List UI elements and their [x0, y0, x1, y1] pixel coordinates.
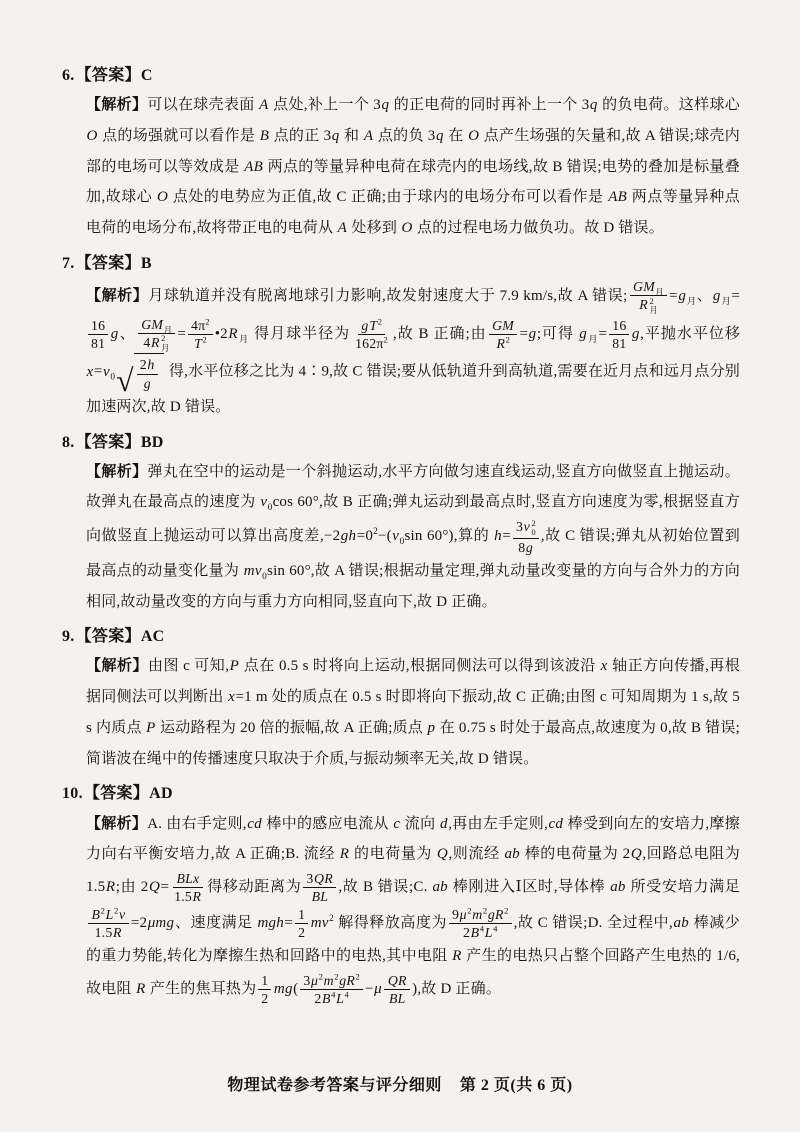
text-run: 处移到	[347, 220, 401, 236]
math-variable: Q	[630, 846, 642, 862]
math-variable: B	[259, 128, 269, 144]
subscript: 月	[721, 297, 731, 307]
questions-list: 6.【答案】C 【解析】可以在球壳表面 A 点处,补上一个 3q 的正电荷的同时…	[62, 62, 740, 1007]
math-variable: q	[381, 97, 390, 113]
analysis-label: 【解析】	[86, 288, 148, 304]
math-variable: q	[589, 97, 598, 113]
fraction: B2L2v1.5R	[88, 906, 129, 941]
fraction-numerator: 3QR	[303, 870, 336, 888]
math-variable: QR	[387, 973, 407, 988]
answer-value: AC	[141, 628, 165, 645]
math-variable: v	[118, 907, 125, 922]
math-variable: R	[136, 981, 146, 997]
superscript: 2	[203, 334, 207, 344]
text-run: 81	[612, 336, 626, 351]
math-variable: gR	[339, 973, 356, 988]
superscript: 2	[355, 971, 359, 981]
radicand: 2hg	[134, 353, 164, 391]
stacked-supsub: 20	[531, 519, 535, 538]
math-variable: O	[468, 128, 480, 144]
text-run: 2	[298, 925, 305, 940]
math-variable: R	[228, 326, 238, 342]
superscript: 2	[649, 297, 653, 307]
math-variable: Q	[436, 846, 448, 862]
fraction-numerator: GM	[489, 317, 518, 335]
analysis-label: 【解析】	[86, 97, 147, 113]
question-block: 10.【答案】AD 【解析】A. 由右手定则,cd 棒中的感应电流从 c 流向 …	[62, 780, 740, 1007]
text-run: 得移动距离为	[207, 879, 302, 895]
question-number: 6.	[62, 67, 75, 84]
fraction-numerator: BLx	[173, 870, 203, 888]
text-run: 棒刚进入Ⅰ区时,导体棒	[448, 879, 609, 895]
math-variable: L	[105, 907, 114, 922]
text-run: 运动路程为 20 倍的振幅,故 A 正确;质点	[156, 720, 427, 736]
text-run: =	[502, 528, 511, 544]
text-run: ,故 C 错误;D. 全过程中,	[514, 915, 673, 931]
fraction-denominator: BL	[308, 888, 332, 905]
square-root: √2hg	[116, 353, 164, 391]
math-variable: QR	[314, 871, 334, 886]
math-variable: μ	[459, 907, 467, 922]
fraction-denominator: 81	[609, 335, 629, 352]
math-variable: m	[323, 973, 334, 988]
text-run: 的正电荷的同时再补上一个 3	[390, 97, 590, 113]
fraction: 4π2T2	[188, 317, 213, 352]
fraction: 3QRBL	[303, 870, 336, 905]
text-run: ;可得	[537, 326, 579, 342]
text-run: 月球轨道并没有脱离地球引力影响,故发射速度大于 7.9 km/s,故 A 错误;	[148, 288, 627, 304]
text-run: =	[519, 326, 528, 342]
text-run: =	[177, 326, 186, 342]
math-variable: B	[91, 907, 101, 922]
analysis-paragraph: 【解析】弹丸在空中的运动是一个斜抛运动,水平方向做匀速直线运动,竖直方向做竖直上…	[86, 457, 740, 618]
text-run: 、	[697, 288, 713, 304]
text-run: 解得释放高度为	[334, 915, 447, 931]
math-variable: mgh	[257, 915, 284, 931]
math-variable: A	[337, 220, 347, 236]
text-run: 16	[612, 318, 626, 333]
math-variable: GM	[492, 318, 515, 333]
footer-page-info: 第 2 页(共 6 页)	[460, 1077, 573, 1094]
math-variable: BL	[389, 991, 407, 1006]
fraction-numerator: B2L2v	[88, 906, 129, 924]
fraction: GM月4R2月	[138, 316, 176, 354]
text-run: (	[293, 981, 298, 997]
subscript: 0	[531, 528, 535, 538]
math-variable: GM	[633, 279, 656, 294]
math-variable: BLx	[176, 871, 200, 886]
subscript: 月	[161, 344, 169, 354]
fraction: 12	[295, 906, 308, 941]
text-run: ),故 D 正确。	[412, 981, 501, 997]
math-variable: R	[192, 889, 202, 904]
superscript: 4	[331, 989, 335, 999]
text-run: =	[599, 326, 608, 342]
fraction-numerator: 16	[88, 317, 108, 335]
math-variable: mg	[273, 981, 293, 997]
math-variable: R	[452, 948, 462, 964]
text-run: 4π	[191, 318, 205, 333]
text-run: 得月球半径为	[249, 326, 350, 342]
answer-line: 7.【答案】B	[62, 250, 740, 277]
math-variable: g	[525, 540, 533, 555]
math-variable: A	[259, 97, 269, 113]
analysis-label: 【解析】	[86, 816, 147, 832]
text-run: 和	[340, 128, 363, 144]
text-run: 点处的电势应为正值,故 C 正确;由于球内的电场分布可以看作是	[169, 189, 608, 205]
text-run: ,再由左手定则,	[448, 816, 548, 832]
math-variable: μ	[374, 981, 383, 997]
math-variable: R	[639, 297, 649, 312]
math-variable: x	[86, 364, 94, 380]
fraction-denominator: T2	[191, 335, 210, 352]
fraction: 9μ2m2gR22B4L4	[449, 906, 512, 941]
math-variable: AB	[244, 159, 264, 175]
fraction-denominator: 1.5R	[171, 888, 205, 905]
text-run: 2	[140, 357, 147, 372]
math-variable: R	[105, 879, 115, 895]
fraction-denominator: 81	[88, 335, 108, 352]
superscript: 2	[161, 334, 165, 344]
text-run: 可以在球壳表面	[147, 97, 258, 113]
fraction: 1681	[88, 317, 108, 352]
math-variable: mv	[310, 915, 329, 931]
analysis-paragraph: 【解析】A. 由右手定则,cd 棒中的感应电流从 c 流向 d,再由左手定则,c…	[86, 809, 740, 1008]
fraction-numerator: gT2	[358, 317, 385, 335]
math-variable: gR	[487, 907, 504, 922]
math-variable: cd	[548, 816, 564, 832]
math-variable: g	[143, 376, 151, 391]
math-variable: μ	[310, 973, 318, 988]
superscript: 2	[504, 905, 508, 915]
math-variable: g	[110, 326, 119, 342]
text-run: 棒中的感应电流从	[262, 816, 393, 832]
subscript: 月	[238, 335, 249, 345]
math-variable: R	[113, 925, 123, 940]
text-run: ,故 B 错误;C.	[338, 879, 432, 895]
analysis-label: 【解析】	[86, 464, 148, 480]
answer-label: 【答案】	[84, 785, 149, 802]
answer-label: 【答案】	[76, 628, 141, 645]
text-run: 、	[119, 326, 136, 342]
math-variable: v	[392, 528, 400, 544]
text-run: 2	[261, 991, 268, 1006]
math-variable: mv	[243, 563, 262, 579]
math-variable: ab	[432, 879, 448, 895]
math-variable: O	[86, 128, 98, 144]
fraction-numerator: 3μ2m2gR2	[300, 972, 363, 990]
text-run: ,平抛水平位移	[640, 326, 740, 342]
math-variable: AB	[608, 189, 628, 205]
subscript: 0	[110, 373, 115, 383]
math-variable: v	[260, 494, 268, 510]
superscript: 2	[531, 519, 535, 529]
fraction-denominator: R2月	[636, 296, 661, 315]
text-run: 点的过程电场力做负功。故 D 错误。	[413, 220, 664, 236]
fraction-denominator: 2	[258, 990, 271, 1007]
text-run: 点在 0.5 s 时将向上运动,根据同侧法可以得到该波沿	[240, 658, 601, 674]
text-run: 棒的电荷量为 2	[520, 846, 630, 862]
math-variable: B	[470, 925, 480, 940]
fraction-denominator: R2	[493, 335, 513, 352]
math-variable: μmg	[147, 915, 174, 931]
question-number: 8.	[62, 434, 75, 451]
text-run: 1.5	[174, 889, 192, 904]
question-number: 10.	[62, 785, 83, 802]
math-variable: T	[369, 318, 378, 333]
math-variable: GM	[141, 317, 164, 332]
text-run: 点的场强就可以看作是	[98, 128, 259, 144]
stacked-supsub: 2月	[161, 334, 169, 353]
text-run: 16	[91, 318, 105, 333]
fraction-numerator: QR	[384, 972, 410, 990]
text-run: 产生的焦耳热为	[146, 981, 256, 997]
text-run: =	[669, 288, 678, 304]
math-variable: L	[484, 925, 493, 940]
text-run: sin 60°),算的	[405, 528, 494, 544]
superscript: 2	[506, 334, 510, 344]
math-variable: P	[229, 658, 239, 674]
text-run: ;由 2	[116, 879, 149, 895]
fraction-denominator: g	[140, 375, 154, 392]
math-variable: BL	[311, 889, 329, 904]
fraction-numerator: 16	[609, 317, 629, 335]
text-run: ,故 B 正确;由	[393, 326, 487, 342]
page-footer: 物理试卷参考答案与评分细则第 2 页(共 6 页)	[0, 1072, 800, 1095]
text-run: A. 由右手定则,	[147, 816, 247, 832]
text-run: 点处,补上一个 3	[269, 97, 381, 113]
text-run: 点的正 3	[270, 128, 332, 144]
math-variable: ab	[610, 879, 626, 895]
math-variable: T	[194, 336, 203, 351]
fraction-numerator: 1	[258, 972, 271, 990]
text-run: •2	[215, 326, 228, 342]
text-run: 流向	[401, 816, 440, 832]
text-run: =	[284, 915, 293, 931]
fraction: 3μ2m2gR22B4L4	[300, 972, 363, 1007]
superscript: 4	[344, 989, 348, 999]
question-block: 9.【答案】AC 【解析】由图 c 可知,P 点在 0.5 s 时将向上运动,根…	[62, 623, 740, 774]
analysis-label: 【解析】	[86, 658, 148, 674]
text-run: =0	[357, 528, 373, 544]
math-variable: g	[361, 318, 369, 333]
question-number: 9.	[62, 628, 75, 645]
math-variable: g	[678, 288, 687, 304]
analysis-paragraph: 【解析】可以在球壳表面 A 点处,补上一个 3q 的正电荷的同时再补上一个 3q…	[86, 90, 740, 244]
text-run: =	[731, 288, 740, 304]
fraction-denominator: 2B4L4	[460, 924, 501, 941]
answer-value: AD	[149, 785, 173, 802]
text-run: =	[94, 364, 103, 380]
text-run: ,则流经	[448, 846, 504, 862]
answer-value: BD	[141, 434, 164, 451]
text-run: =2	[131, 915, 147, 931]
math-variable: Q	[148, 879, 160, 895]
math-variable: q	[331, 128, 340, 144]
fraction-denominator: 8g	[515, 539, 536, 556]
fraction-denominator: 1.5R	[92, 924, 126, 941]
answer-value: B	[141, 255, 152, 272]
text-run: 1	[298, 907, 305, 922]
fraction: BLx1.5R	[171, 870, 205, 905]
superscript: 2	[205, 316, 209, 326]
fraction: gT2162π2	[352, 317, 391, 352]
text-run: 、速度满足	[175, 915, 257, 931]
fraction: GM月R2月	[630, 278, 668, 316]
answer-sheet: 6.【答案】C 【解析】可以在球壳表面 A 点处,补上一个 3q 的正电荷的同时…	[0, 0, 800, 1132]
fraction-denominator: 4R2月	[140, 334, 172, 353]
subscript: 月	[649, 306, 657, 316]
superscript: 2	[378, 316, 382, 326]
text-run: 点的负 3	[374, 128, 436, 144]
page: { "document": { "kind": "physics-exam-an…	[0, 0, 800, 1132]
math-variable: gh	[340, 528, 356, 544]
text-run: 的电荷量为	[350, 846, 437, 862]
text-run: 162π	[355, 336, 383, 351]
text-run: 1.5	[95, 925, 113, 940]
fraction-numerator: GM月	[630, 278, 668, 296]
text-run: −	[365, 981, 374, 997]
answer-line: 8.【答案】BD	[62, 429, 740, 456]
text-run: 的负电荷。这样球心	[598, 97, 740, 113]
text-run: 由图 c 可知,	[148, 658, 229, 674]
fraction: GMR2	[489, 317, 518, 352]
math-variable: A	[363, 128, 373, 144]
subscript: 月	[687, 297, 697, 307]
radical-sign: √	[116, 368, 134, 395]
text-run: 在	[444, 128, 467, 144]
math-variable: R	[339, 846, 349, 862]
analysis-paragraph: 【解析】月球轨道并没有脱离地球引力影响,故发射速度大于 7.9 km/s,故 A…	[86, 278, 740, 422]
question-block: 8.【答案】BD 【解析】弹丸在空中的运动是一个斜抛运动,水平方向做匀速直线运动…	[62, 429, 740, 618]
fraction: QRBL	[384, 972, 410, 1007]
fraction-numerator: GM月	[138, 316, 176, 334]
text-run: 所受安培力满足	[626, 879, 740, 895]
fraction: 12	[258, 972, 271, 1007]
text-run: −(	[378, 528, 392, 544]
math-variable: v	[523, 519, 530, 534]
answer-label: 【答案】	[76, 67, 141, 84]
answer-label: 【答案】	[76, 434, 141, 451]
text-run: 81	[91, 336, 105, 351]
fraction: 3v208g	[513, 518, 539, 556]
superscript: 4	[493, 923, 497, 933]
fraction-denominator: 2B4L4	[311, 990, 352, 1007]
stacked-supsub: 2月	[649, 297, 657, 316]
math-variable: x	[600, 658, 608, 674]
answer-line: 6.【答案】C	[62, 62, 740, 89]
text-run: 1	[261, 973, 268, 988]
math-variable: m	[472, 907, 483, 922]
fraction-numerator: 2h	[137, 356, 158, 374]
math-variable: B	[321, 991, 331, 1006]
text-run: 3	[306, 871, 313, 886]
question-block: 7.【答案】B 【解析】月球轨道并没有脱离地球引力影响,故发射速度大于 7.9 …	[62, 250, 740, 423]
math-variable: h	[147, 357, 155, 372]
text-run: =	[161, 879, 170, 895]
footer-title: 物理试卷参考答案与评分细则	[227, 1077, 442, 1094]
math-variable: p	[427, 720, 436, 736]
math-variable: O	[157, 189, 169, 205]
superscript: 2	[384, 334, 388, 344]
fraction-denominator: 2	[295, 924, 308, 941]
fraction-numerator: 9μ2m2gR2	[449, 906, 512, 924]
math-variable: ab	[673, 915, 689, 931]
fraction-denominator: BL	[386, 990, 410, 1007]
fraction-numerator: 1	[295, 906, 308, 924]
answer-label: 【答案】	[76, 255, 141, 272]
fraction: 1681	[609, 317, 629, 352]
fraction-numerator: 4π2	[188, 317, 213, 335]
subscript: 月	[587, 335, 598, 345]
math-variable: O	[401, 220, 413, 236]
answer-line: 10.【答案】AD	[62, 780, 740, 807]
math-variable: R	[151, 335, 161, 350]
math-variable: g	[528, 326, 537, 342]
math-variable: d	[439, 816, 448, 832]
text-run: 4	[143, 335, 150, 350]
text-run: 得,水平位移之比为 4∶9,故 C 错误;要从低轨道升到高轨道,需要在近月点和远…	[86, 364, 740, 415]
question-number: 7.	[62, 255, 75, 272]
fraction: 2hg	[137, 356, 158, 391]
math-variable: R	[496, 336, 506, 351]
fraction-numerator: 3v20	[513, 518, 539, 538]
math-variable: ab	[504, 846, 520, 862]
math-variable: P	[146, 720, 156, 736]
math-variable: q	[436, 128, 445, 144]
answer-line: 9.【答案】AC	[62, 623, 740, 650]
analysis-paragraph: 【解析】由图 c 可知,P 点在 0.5 s 时将向上运动,根据同侧法可以得到该…	[86, 651, 740, 774]
fraction-denominator: 162π2	[352, 335, 391, 352]
question-block: 6.【答案】C 【解析】可以在球壳表面 A 点处,补上一个 3q 的正电荷的同时…	[62, 62, 740, 244]
math-variable: g	[631, 326, 640, 342]
math-variable: g	[712, 288, 721, 304]
math-variable: c	[393, 816, 401, 832]
answer-value: C	[141, 67, 153, 84]
math-variable: cd	[247, 816, 263, 832]
